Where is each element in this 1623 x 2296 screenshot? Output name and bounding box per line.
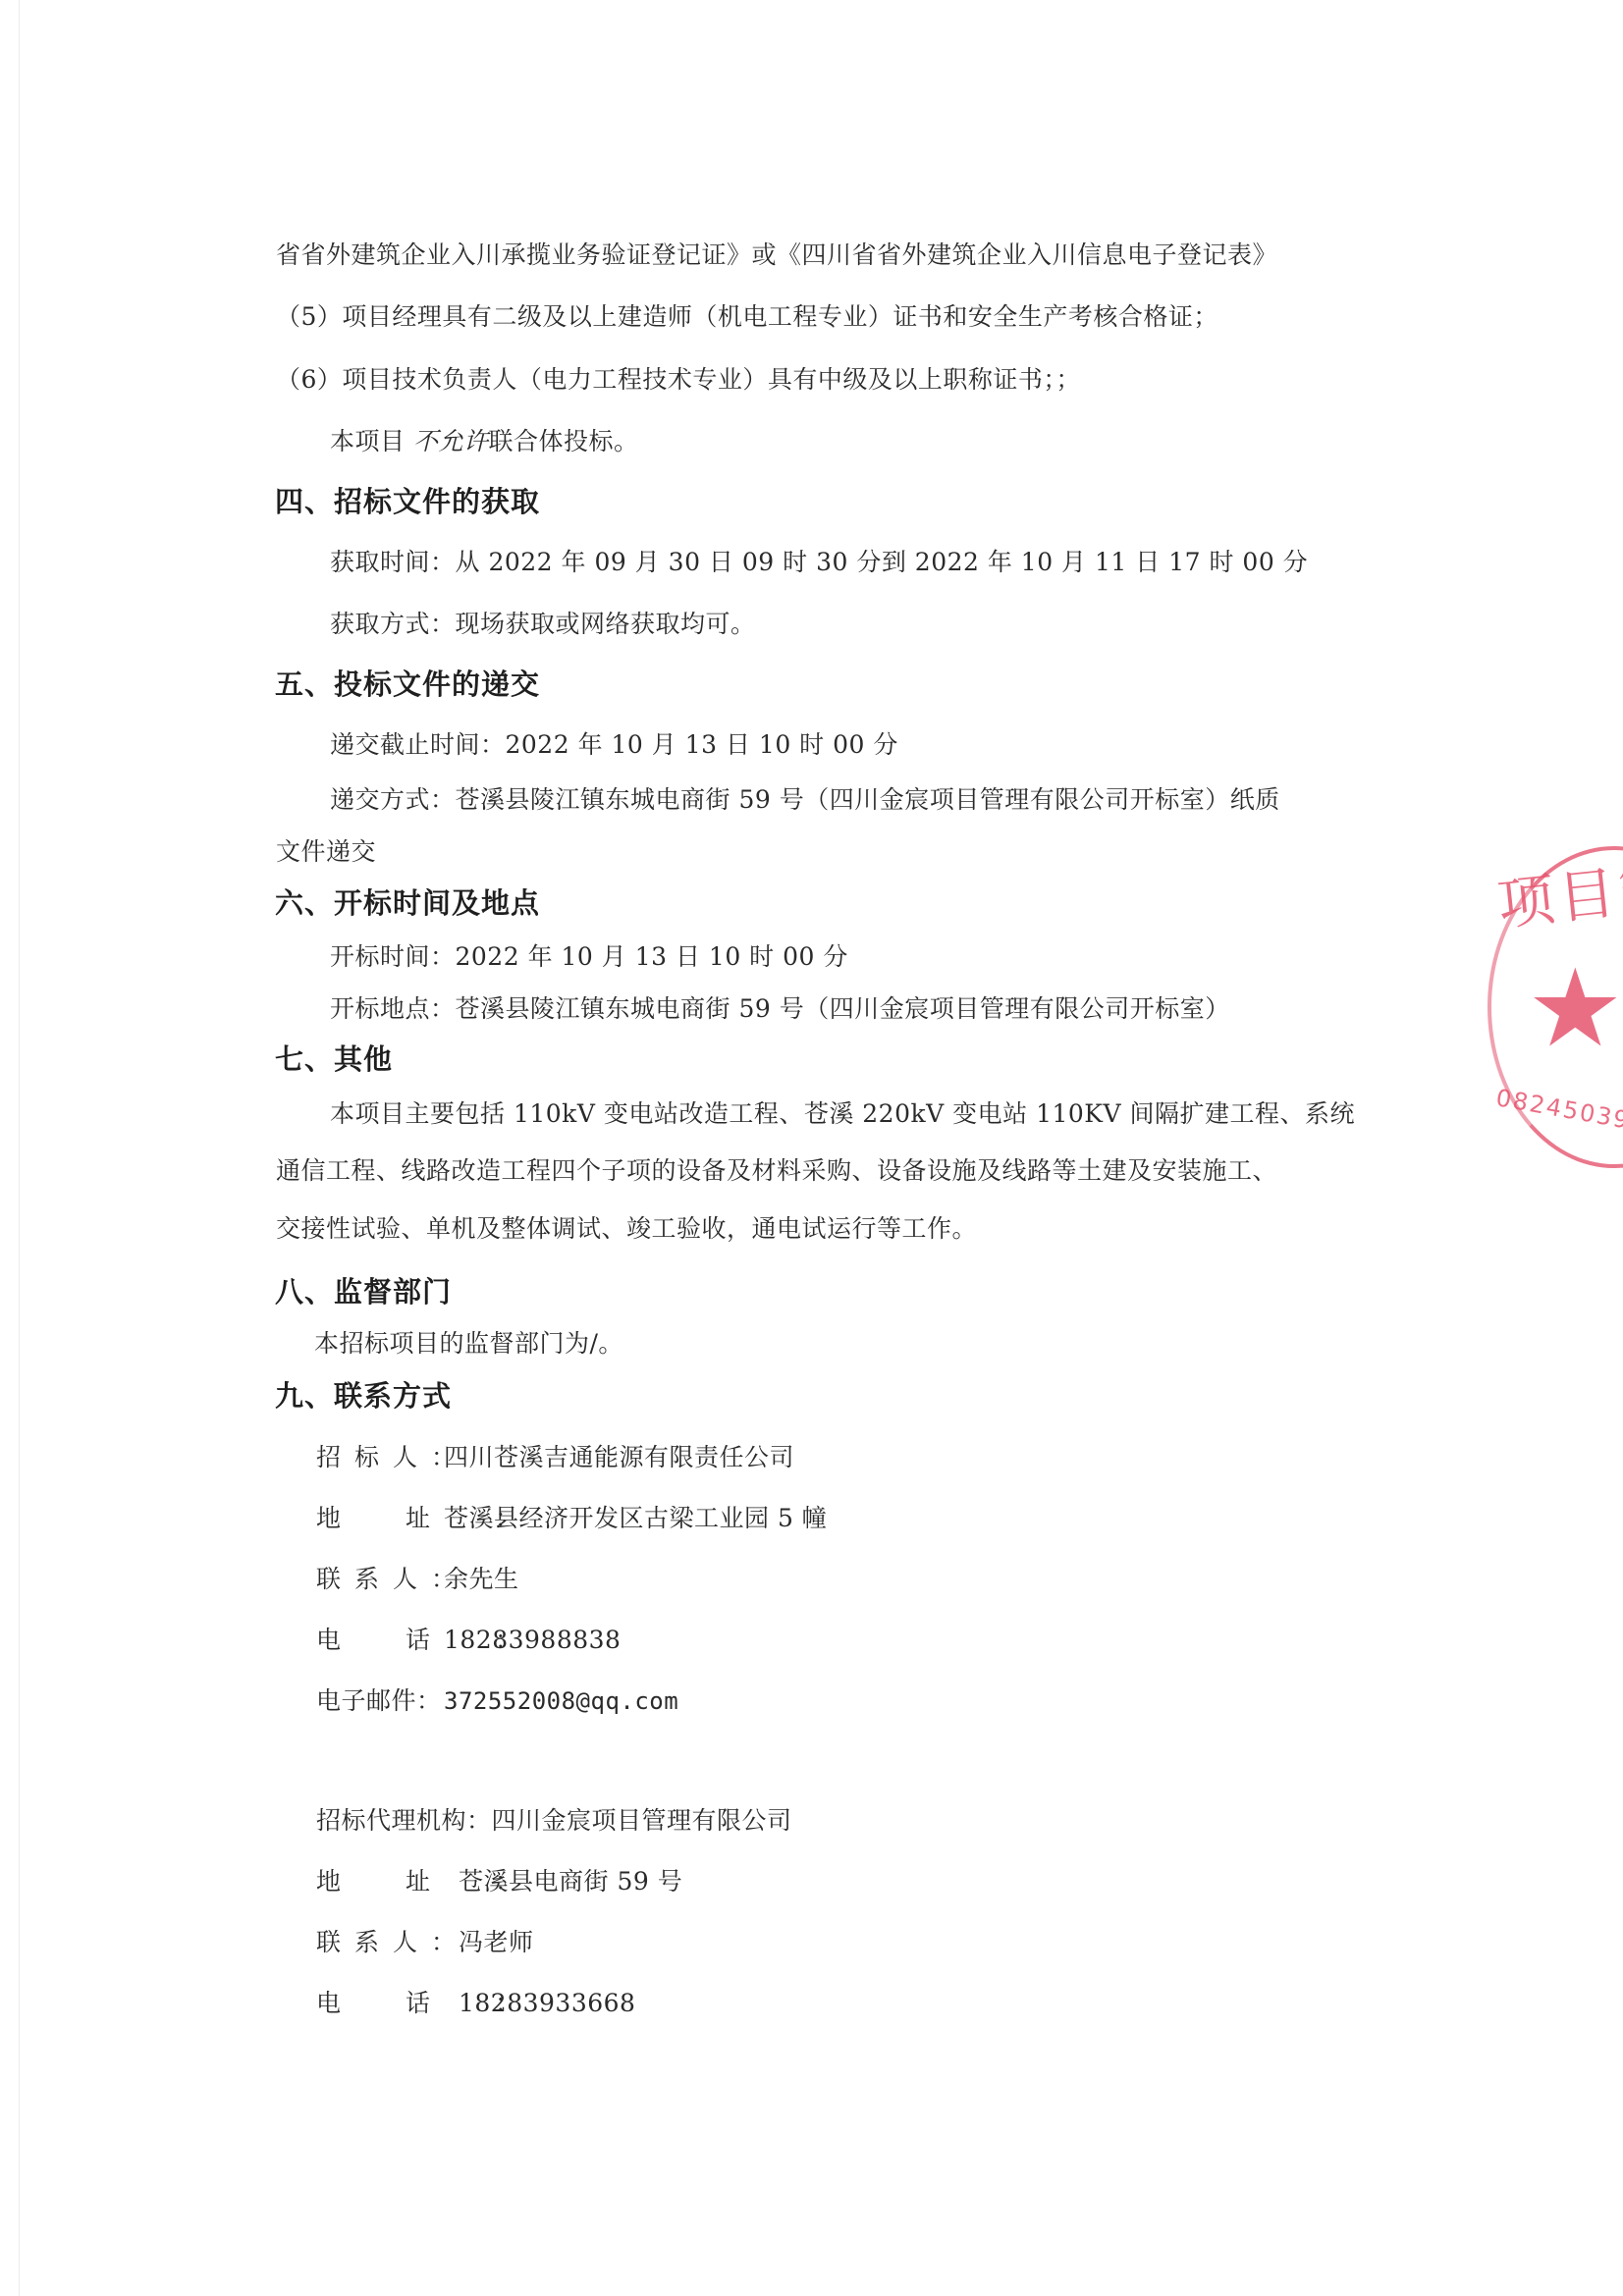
tenderer-name-label: 招标人： (316, 1443, 444, 1472)
agency-address-row: 地址：苍溪县电商街 59 号 (316, 1867, 682, 1896)
requirement-item-6: （6）项目技术负责人（电力工程技术专业）具有中级及以上职称证书；； (276, 365, 1081, 395)
tenderer-phone-row: 电话：18283988838 (316, 1626, 621, 1655)
opening-time: 开标时间：2022 年 10 月 13 日 10 时 00 分 (330, 942, 848, 972)
agency-address-label: 地址： (316, 1867, 459, 1896)
scope-line-3: 交接性试验、单机及整体调试、竣工验收，通电试运行等工作。 (276, 1214, 977, 1244)
scan-page-edge (19, 0, 20, 2296)
company-seal: 项目管 ★ 0824503​9 (1488, 846, 1623, 1170)
seal-text: 项目管 (1494, 856, 1623, 934)
tenderer-address-value: 苍溪县经济开发区古梁工业园 5 幢 (444, 1504, 827, 1532)
agency-contact-label: 联系人： (316, 1928, 459, 1957)
agency-phone-row: 电话：18283933668 (316, 1989, 635, 2018)
tenderer-phone-value: 18283988838 (444, 1626, 621, 1654)
agency-name-label: 招标代理机构： (316, 1806, 492, 1835)
acquisition-time: 获取时间：从 2022 年 09 月 30 日 09 时 30 分到 2022 … (330, 548, 1308, 577)
requirement-item-5: （5）项目经理具有二级及以上建造师（机电工程专业）证书和安全生产考核合格证； (276, 302, 1218, 332)
supervision-department: 本招标项目的监督部门为/。 (314, 1329, 623, 1359)
tenderer-phone-label: 电话： (316, 1626, 444, 1655)
tenderer-contact-row: 联系人：余先生 (316, 1565, 519, 1594)
agency-contact-value: 冯老师 (459, 1928, 534, 1956)
section-9-heading: 九、联系方式 (275, 1379, 452, 1413)
section-8-heading: 八、监督部门 (275, 1275, 452, 1308)
consortium-suffix: 联合体投标。 (488, 427, 638, 455)
consortium-statement: 本项目 不允许联合体投标。 (330, 427, 639, 456)
intro-registration-line: 省省外建筑企业入川承揽业务验证登记证》或《四川省省外建筑企业入川信息电子登记表》 (276, 240, 1277, 270)
section-4-heading: 四、招标文件的获取 (275, 485, 540, 518)
tenderer-name-row: 招标人：四川苍溪吉通能源有限责任公司 (316, 1443, 794, 1472)
agency-phone-value: 18283933668 (459, 1989, 635, 2017)
tenderer-address-label: 地址： (316, 1504, 444, 1533)
opening-place: 开标地点：苍溪县陵江镇东城电商街 59 号（四川金宸项目管理有限公司开标室） (330, 994, 1230, 1024)
tenderer-contact-label: 联系人： (316, 1565, 444, 1594)
tenderer-email-row: 电子邮件：372552008@qq.com (316, 1686, 678, 1716)
submission-deadline: 递交截止时间：2022 年 10 月 13 日 10 时 00 分 (330, 730, 898, 760)
tenderer-address-row: 地址：苍溪县经济开发区古梁工业园 5 幢 (316, 1504, 827, 1533)
tenderer-email-value: 372552008@qq.com (444, 1687, 678, 1715)
scope-line-2: 通信工程、线路改造工程四个子项的设备及材料采购、设备设施及线路等土建及安装施工、 (276, 1156, 1277, 1186)
consortium-prefix: 本项目 (330, 427, 406, 455)
star-icon: ★ (1527, 954, 1623, 1062)
agency-name-value: 四川金宸项目管理有限公司 (492, 1806, 792, 1835)
tenderer-name-value: 四川苍溪吉通能源有限责任公司 (444, 1443, 794, 1471)
submission-method-line-1: 递交方式：苍溪县陵江镇东城电商街 59 号（四川金宸项目管理有限公司开标室）纸质 (330, 785, 1280, 815)
agency-contact-row: 联系人：冯老师 (316, 1928, 534, 1957)
acquisition-method: 获取方式：现场获取或网络获取均可。 (330, 610, 756, 639)
agency-phone-label: 电话： (316, 1989, 459, 2018)
section-7-heading: 七、其他 (275, 1042, 393, 1076)
section-6-heading: 六、开标时间及地点 (275, 886, 540, 920)
section-5-heading: 五、投标文件的递交 (275, 667, 540, 701)
submission-method-line-2: 文件递交 (276, 837, 376, 867)
agency-address-value: 苍溪县电商街 59 号 (459, 1867, 682, 1896)
agency-name-row: 招标代理机构：四川金宸项目管理有限公司 (316, 1806, 792, 1836)
consortium-not-allowed: 不允许 (413, 427, 489, 455)
scope-line-1: 本项目主要包括 110kV 变电站改造工程、苍溪 220kV 变电站 110KV… (330, 1099, 1355, 1129)
tenderer-contact-value: 余先生 (444, 1565, 519, 1593)
tenderer-email-label: 电子邮件： (316, 1686, 444, 1716)
